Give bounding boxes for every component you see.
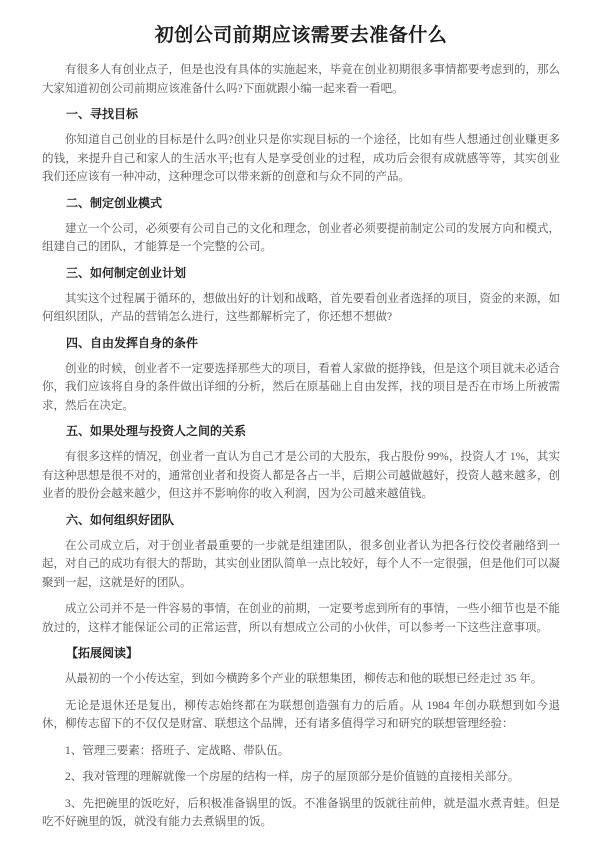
extended-reading-paragraph-1: 从最初的一个小传达室，到如今横跨多个产业的联想集团，柳传志和他的联想已经走过 3… (42, 670, 560, 689)
section-heading-4: 四、自由发挥自身的条件 (42, 335, 560, 352)
article-body: 有很多人有创业点子，但是也没有具体的实施起来，毕竟在创业初期很多事情都要考虑到的… (42, 61, 560, 832)
list-item-2: 2、我对管理的理解就像一个房屋的结构一样，房子的屋顶部分是价值链的直接相关部分。 (42, 768, 560, 787)
section-5-paragraph: 有很多这样的情况，创业者一直认为自己才是公司的大股东，我占股份 99%，投资人才… (42, 448, 560, 504)
section-2-paragraph: 建立一个公司，必须要有公司自己的文化和理念，创业者必须要提前制定公司的发展方向和… (42, 220, 560, 257)
section-heading-5: 五、如果处理与投资人之间的关系 (42, 423, 560, 440)
section-heading-6: 六、如何组织好团队 (42, 512, 560, 529)
section-heading-3: 三、如何制定创业计划 (42, 265, 560, 282)
article-title: 初创公司前期应该需要去准备什么 (42, 22, 560, 48)
closing-paragraph: 成立公司并不是一件容易的事情，在创业的前期，一定要考虑到所有的事情，一些小细节也… (42, 600, 560, 637)
extended-reading-heading: 【拓展阅读】 (42, 645, 560, 662)
document-page: 初创公司前期应该需要去准备什么 有很多人有创业点子，但是也没有具体的实施起来，毕… (0, 0, 600, 849)
list-item-3: 3、先把碗里的饭吃好，后积极准备锅里的饭。不准备锅里的饭就往前伸，就是温水煮青蛙… (42, 795, 560, 832)
section-4-paragraph: 创业的时候，创业者不一定要选择那些大的项目，看着人家做的挺挣钱，但是这个项目就未… (42, 360, 560, 416)
section-1-paragraph: 你知道自己创业的目标是什么吗?创业只是你实现目标的一个途径，比如有些人想通过创业… (42, 131, 560, 187)
section-3-paragraph: 其实这个过程属于循环的，想做出好的计划和战略，首先要看创业者选择的项目，资金的来… (42, 290, 560, 327)
section-6-paragraph: 在公司成立后，对于创业者最重要的一步就是组建团队，很多创业者认为把各行佼佼者融络… (42, 537, 560, 593)
section-heading-2: 二、制定创业模式 (42, 195, 560, 212)
list-item-1: 1、管理三要素：搭班子、定战略、带队伍。 (42, 742, 560, 761)
section-heading-1: 一、寻找目标 (42, 106, 560, 123)
extended-reading-paragraph-2: 无论是退休还是复出，柳传志始终都在为联想创造强有力的后盾。从 1984 年创办联… (42, 697, 560, 734)
intro-paragraph: 有很多人有创业点子，但是也没有具体的实施起来，毕竟在创业初期很多事情都要考虑到的… (42, 61, 560, 98)
